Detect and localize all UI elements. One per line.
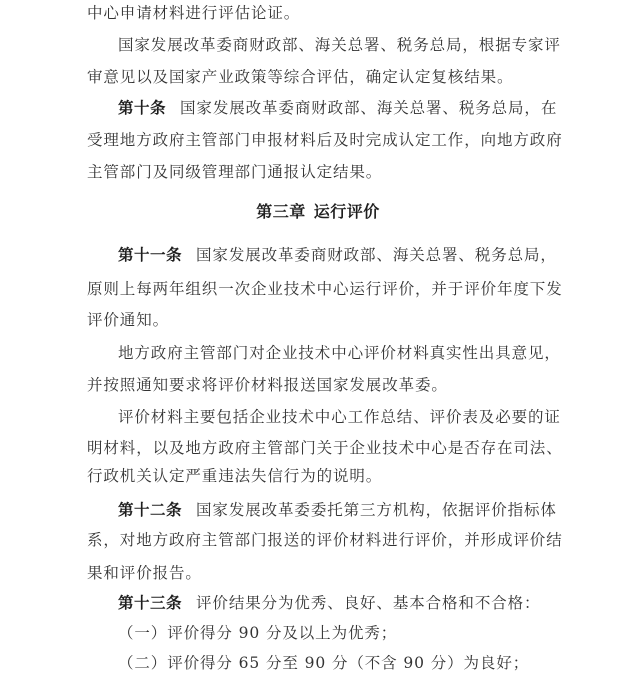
article-12-line: 第十二条国家发展改革委委托第三方机构，依据评价指标体 [118, 494, 558, 526]
article-text: 国家发展改革委商财政部、海关总署、税务总局， [196, 246, 557, 264]
article-label: 第十三条 [118, 594, 182, 612]
paragraph-line: 中心申请材料进行评估论证。 [87, 0, 557, 29]
list-item: （一）评价得分 90 分及以上为优秀； [118, 617, 558, 649]
paragraph-line: 审意见以及国家产业政策等综合评估，确定认定复核结果。 [87, 61, 557, 93]
chapter-number: 第三章 [256, 202, 306, 221]
article-text: 国家发展改革委委托第三方机构，依据评价指标体 [196, 501, 557, 519]
chapter-heading: 第三章运行评价 [0, 196, 636, 228]
list-item: （二）评价得分 65 分至 90 分（不含 90 分）为良好； [118, 647, 558, 679]
article-text: 国家发展改革委商财政部、海关总署、税务总局，在 [180, 99, 557, 117]
paragraph-line: 受理地方政府主管部门申报材料后及时完成认定工作，向地方政府 [87, 124, 557, 156]
article-label: 第十条 [118, 99, 166, 117]
paragraph-line: 原则上每两年组织一次企业技术中心运行评价，并于评价年度下发 [87, 273, 557, 305]
article-10-line: 第十条国家发展改革委商财政部、海关总署、税务总局，在 [118, 92, 558, 124]
document-page: 中心申请材料进行评估论证。 国家发展改革委商财政部、海关总署、税务总局，根据专家… [0, 0, 636, 680]
paragraph-line: 地方政府主管部门对企业技术中心评价材料真实性出具意见， [118, 337, 558, 369]
paragraph-line: 果和评价报告。 [87, 557, 557, 589]
article-label: 第十二条 [118, 501, 182, 519]
paragraph-line: 国家发展改革委商财政部、海关总署、税务总局，根据专家评 [118, 29, 558, 61]
paragraph-line: 主管部门及同级管理部门通报认定结果。 [87, 156, 557, 188]
paragraph-line: 并按照通知要求将评价材料报送国家发展改革委。 [87, 369, 557, 401]
article-text: 评价结果分为优秀、良好、基本合格和不合格： [196, 594, 540, 612]
paragraph-line: 评价通知。 [87, 304, 557, 336]
chapter-title: 运行评价 [314, 202, 380, 221]
article-11-line: 第十一条国家发展改革委商财政部、海关总署、税务总局， [118, 239, 558, 271]
paragraph-line: 行政机关认定严重违法失信行为的说明。 [87, 460, 557, 492]
paragraph-line: 系，对地方政府主管部门报送的评价材料进行评价，并形成评价结 [87, 524, 557, 556]
article-13-line: 第十三条评价结果分为优秀、良好、基本合格和不合格： [118, 587, 558, 619]
article-label: 第十一条 [118, 246, 182, 264]
paragraph-line: 评价材料主要包括企业技术中心工作总结、评价表及必要的证 [118, 401, 558, 433]
